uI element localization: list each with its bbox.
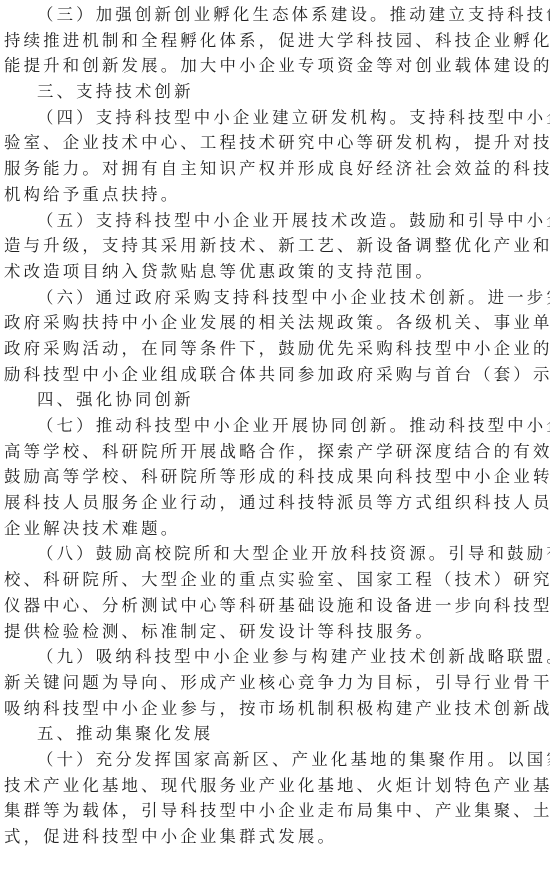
text-line: 能提升和创新发展。加大中小企业专项资金等对创业载体建设的支持力度。: [4, 53, 550, 79]
text-line: （五）支持科技型中小企业开展技术改造。鼓励和引导中小企业加强技术改: [4, 208, 550, 234]
text-line: 持续推进机制和全程孵化体系，促进大学科技园、科技企业孵化器等创业载体功: [4, 28, 550, 54]
paragraph: （四）支持科技型中小企业建立研发机构。支持科技型中小企业建立企业实验室、企业技术…: [4, 105, 550, 208]
document-page: （三）加强创新创业孵化生态体系建设。推动建立支持科技创业企业成长的持续推进机制和…: [0, 0, 554, 850]
text-line: 鼓励高等学校、科研院所等形成的科技成果向科技型中小企业转移转化。深入开: [4, 464, 550, 490]
heading-text: 四、强化协同创新: [4, 387, 550, 413]
text-line: 仪器中心、分析测试中心等科研基础设施和设备进一步向科技型中小企业开放，: [4, 593, 550, 619]
text-line: 机构给予重点扶持。: [4, 182, 550, 208]
text-line: 术改造项目纳入贷款贴息等优惠政策的支持范围。: [4, 259, 550, 285]
section-heading: 五、推动集聚化发展: [4, 721, 550, 747]
paragraph: （七）推动科技型中小企业开展协同创新。推动科技型中小企业与大型企业、高等学校、科…: [4, 413, 550, 541]
text-line: 服务能力。对拥有自主知识产权并形成良好经济社会效益的科技型中小企业研发: [4, 156, 550, 182]
text-line: （八）鼓励高校院所和大型企业开放科技资源。引导和鼓励有条件的高等学: [4, 541, 550, 567]
paragraph: （八）鼓励高校院所和大型企业开放科技资源。引导和鼓励有条件的高等学校、科研院所、…: [4, 541, 550, 644]
text-line: 吸纳科技型中小企业参与，按市场机制积极构建产业技术创新战略联盟。: [4, 696, 550, 722]
section-heading: 四、强化协同创新: [4, 387, 550, 413]
text-line: （七）推动科技型中小企业开展协同创新。推动科技型中小企业与大型企业、: [4, 413, 550, 439]
text-line: （三）加强创新创业孵化生态体系建设。推动建立支持科技创业企业成长的: [4, 2, 550, 28]
paragraph: （九）吸纳科技型中小企业参与构建产业技术创新战略联盟。以产业技术创新关键问题为导…: [4, 644, 550, 721]
heading-text: 五、推动集聚化发展: [4, 721, 550, 747]
text-line: （十）充分发挥国家高新区、产业化基地的集聚作用。以国家高新区、高新: [4, 747, 550, 773]
text-line: 式，促进科技型中小企业集群式发展。: [4, 824, 550, 850]
text-line: （四）支持科技型中小企业建立研发机构。支持科技型中小企业建立企业实: [4, 105, 550, 131]
text-line: 校、科研院所、大型企业的重点实验室、国家工程（技术）研究中心、大型科学: [4, 567, 550, 593]
text-line: 提供检验检测、标准制定、研发设计等科技服务。: [4, 619, 550, 645]
paragraph: （十）充分发挥国家高新区、产业化基地的集聚作用。以国家高新区、高新技术产业化基地…: [4, 747, 550, 850]
text-line: 技术产业化基地、现代服务业产业化基地、火炬计划特色产业基地、创新型产业: [4, 773, 550, 799]
text-line: （六）通过政府采购支持科技型中小企业技术创新。进一步完善和落实国家: [4, 285, 550, 311]
text-line: 政府采购活动，在同等条件下，鼓励优先采购科技型中小企业的产品和服务。鼓: [4, 336, 550, 362]
text-line: 新关键问题为导向、形成产业核心竞争力为目标，引导行业骨干企业牵头，广泛: [4, 670, 550, 696]
heading-text: 三、支持技术创新: [4, 79, 550, 105]
text-line: （九）吸纳科技型中小企业参与构建产业技术创新战略联盟。以产业技术创: [4, 644, 550, 670]
paragraph: （五）支持科技型中小企业开展技术改造。鼓励和引导中小企业加强技术改造与升级，支持…: [4, 208, 550, 285]
text-line: 展科技人员服务企业行动，通过科技特派员等方式组织科技人员帮助科技型中小: [4, 490, 550, 516]
paragraph: （三）加强创新创业孵化生态体系建设。推动建立支持科技创业企业成长的持续推进机制和…: [4, 2, 550, 79]
section-heading: 三、支持技术创新: [4, 79, 550, 105]
paragraph: （六）通过政府采购支持科技型中小企业技术创新。进一步完善和落实国家政府采购扶持中…: [4, 285, 550, 388]
text-line: 政府采购扶持中小企业发展的相关法规政策。各级机关、事业单位和社团组织的: [4, 310, 550, 336]
text-line: 集群等为载体，引导科技型中小企业走布局集中、产业集聚、土地集约的发展模: [4, 798, 550, 824]
text-line: 企业解决技术难题。: [4, 516, 550, 542]
text-line: 励科技型中小企业组成联合体共同参加政府采购与首台（套）示范项目。: [4, 362, 550, 388]
text-line: 造与升级，支持其采用新技术、新工艺、新设备调整优化产业和产品结构，将技: [4, 233, 550, 259]
text-line: 高等学校、科研院所开展战略合作，探索产学研深度结合的有效模式和长效机制。: [4, 439, 550, 465]
text-line: 验室、企业技术中心、工程技术研究中心等研发机构，提升对技术创新的支撑与: [4, 130, 550, 156]
